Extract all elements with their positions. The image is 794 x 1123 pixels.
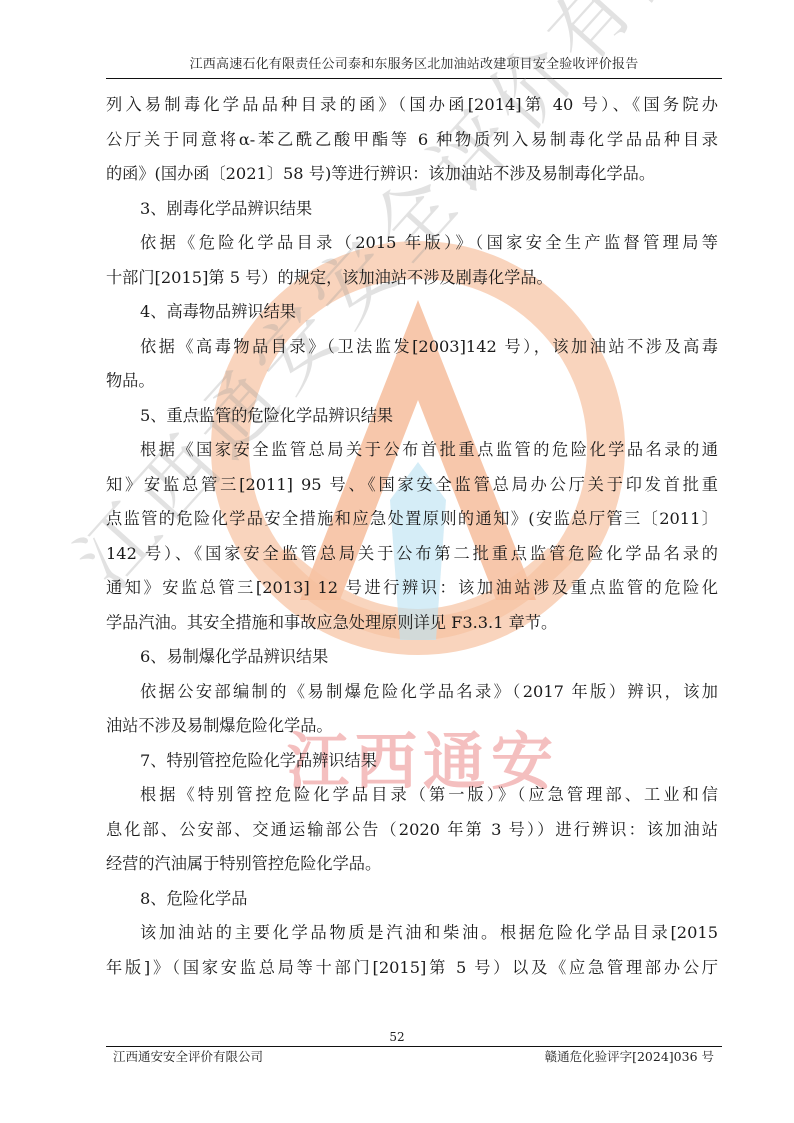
- body-line: 根据《国家安全监管总局关于公布首批重点监管的危险化学品名录的通: [106, 433, 718, 468]
- section-heading-5: 5、重点监管的危险化学品辨识结果: [106, 399, 718, 434]
- section-heading-7: 7、特别管控危险化学品辨识结果: [106, 744, 718, 779]
- body-line: 年版]》（国家安监总局等十部门[2015]第 5 号）以及《应急管理部办公厅: [106, 951, 718, 986]
- running-header: 江西高速石化有限责任公司泰和东服务区北加油站改建项目安全验收评价报告: [108, 56, 720, 74]
- body-line: 依据《高毒物品目录》（卫法监发[2003]142 号），该加油站不涉及高毒: [106, 330, 718, 365]
- body-line: 十部门[2015]第 5 号）的规定，该加油站不涉及剧毒化学品。: [106, 261, 718, 296]
- body-line: 油站不涉及易制爆危险化学品。: [106, 709, 718, 744]
- body-line: 依据公安部编制的《易制爆危险化学品名录》（2017 年版）辨识，该加: [106, 675, 718, 710]
- footer-divider: [106, 1046, 722, 1047]
- body-line: 点监管的危险化学品安全措施和应急处置原则的通知》(安监总厅管三〔2011〕: [106, 502, 718, 537]
- body-line: 142 号）、《国家安全监管总局关于公布第二批重点监管危险化学品名录的: [106, 537, 718, 572]
- body-line: 依据《危险化学品目录（2015 年版）》（国家安全生产监督管理局等: [106, 226, 718, 261]
- body-line: 列入易制毒化学品品种目录的函》（国办函[2014]第 40 号）、《国务院办: [106, 88, 718, 123]
- section-heading-3: 3、剧毒化学品辨识结果: [106, 192, 718, 227]
- footer-company: 江西通安安全评价有限公司: [113, 1049, 263, 1065]
- document-body: 列入易制毒化学品品种目录的函》（国办函[2014]第 40 号）、《国务院办 公…: [106, 88, 718, 985]
- body-line: 学品汽油。其安全措施和事故应急处理原则详见 F3.3.1 章节。: [106, 606, 718, 641]
- body-line: 根据《特别管控危险化学品目录（第一版）》（应急管理部、工业和信: [106, 778, 718, 813]
- body-line: 息化部、公安部、交通运输部公告（2020 年第 3 号））进行辨识：该加油站: [106, 813, 718, 848]
- body-line: 通知》安监总管三[2013] 12 号进行辨识：该加油站涉及重点监管的危险化: [106, 571, 718, 606]
- body-line: 物品。: [106, 364, 718, 399]
- body-line: 的函》(国办函〔2021〕58 号)等进行辨识：该加油站不涉及易制毒化学品。: [106, 157, 718, 192]
- body-line: 知》安监总管三[2011] 95 号、《国家安全监管总局办公厅关于印发首批重: [106, 468, 718, 503]
- section-heading-8: 8、危险化学品: [106, 882, 718, 917]
- section-heading-4: 4、高毒物品辨识结果: [106, 295, 718, 330]
- section-heading-6: 6、易制爆化学品辨识结果: [106, 640, 718, 675]
- document-page: 江西通安安全评价有限公司 江西通安 江西高速石化有限责任公司泰和东服务区北加油站…: [0, 0, 794, 1123]
- body-line: 经营的汽油属于特别管控危险化学品。: [106, 847, 718, 882]
- body-line: 该加油站的主要化学品物质是汽油和柴油。根据危险化学品目录[2015: [106, 916, 718, 951]
- page-number: 52: [0, 1030, 794, 1044]
- body-line: 公厅关于同意将α-苯乙酰乙酸甲酯等 6 种物质列入易制毒化学品品种目录: [106, 123, 718, 158]
- footer-report-number: 赣通危化验评字[2024]036 号: [545, 1049, 714, 1065]
- header-divider: [106, 78, 722, 79]
